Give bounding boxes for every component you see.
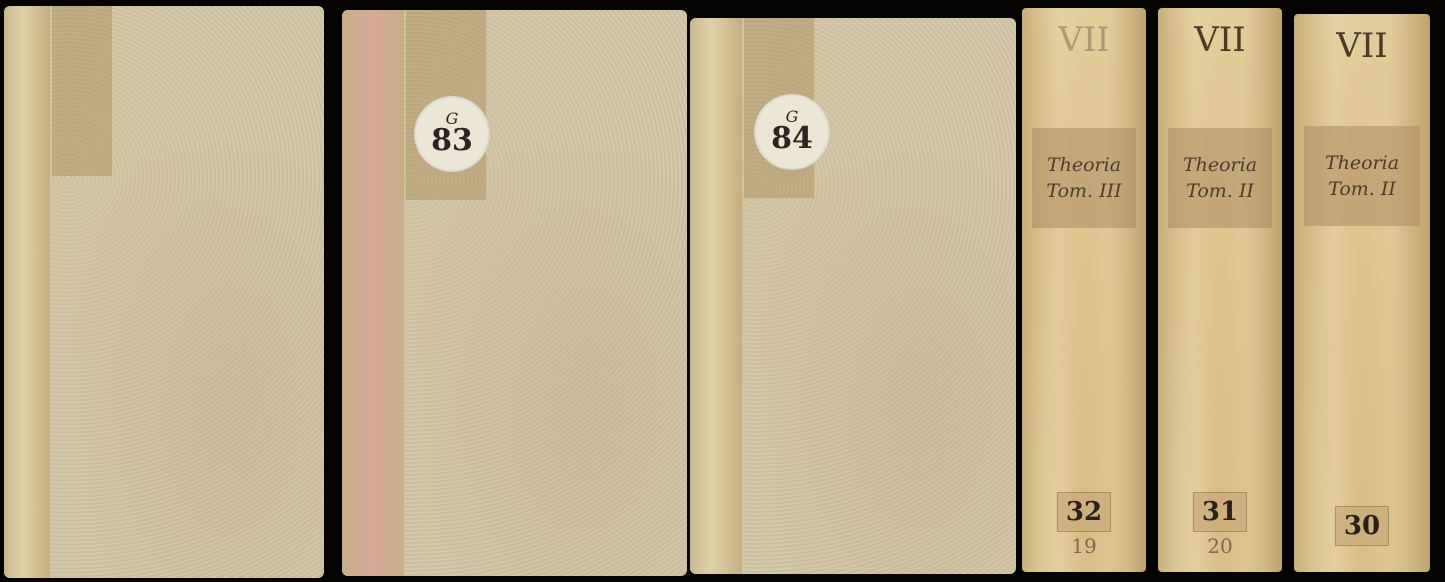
volume-roman-numeral: VII	[1294, 26, 1430, 66]
book-spine-2: VII Theoria Tom. II 31 20	[1158, 8, 1282, 572]
book-cover-1	[4, 6, 324, 578]
spine-title-label: Theoria Tom. II	[1304, 126, 1420, 226]
tape-strip	[52, 6, 112, 176]
sticker-number: 84	[771, 124, 813, 154]
volume-roman-numeral: VII	[1022, 20, 1146, 60]
spine-tome: Tom. II	[1328, 176, 1396, 202]
spine-title: Theoria	[1325, 150, 1399, 176]
sticker-number: 83	[431, 126, 473, 156]
spine-title-label: Theoria Tom. II	[1168, 128, 1272, 228]
spine-title-label: Theoria Tom. III	[1032, 128, 1136, 228]
book-spine-3: VII Theoria Tom. II 30	[1294, 14, 1430, 572]
shelf-number-label: 30	[1335, 506, 1389, 546]
cover-spine-binding	[690, 18, 742, 574]
book-spine-1: VII Theoria Tom. III 32 19	[1022, 8, 1146, 572]
faded-number: 19	[1071, 534, 1096, 558]
cover-spine-binding	[4, 6, 50, 578]
spine-tome: Tom. II	[1186, 178, 1254, 204]
library-sticker: G 84	[754, 94, 830, 170]
spine-title: Theoria	[1047, 152, 1121, 178]
book-cover-2: G 83	[342, 10, 687, 576]
cover-spine-binding	[342, 10, 404, 576]
library-sticker: G 83	[414, 96, 490, 172]
volume-roman-numeral: VII	[1158, 20, 1282, 60]
spine-tome: Tom. III	[1046, 178, 1121, 204]
spine-title: Theoria	[1183, 152, 1257, 178]
shelf-number-label: 32	[1057, 492, 1111, 532]
book-cover-3: G 84	[690, 18, 1016, 574]
shelf-number-label: 31	[1193, 492, 1247, 532]
faded-number: 20	[1207, 534, 1232, 558]
